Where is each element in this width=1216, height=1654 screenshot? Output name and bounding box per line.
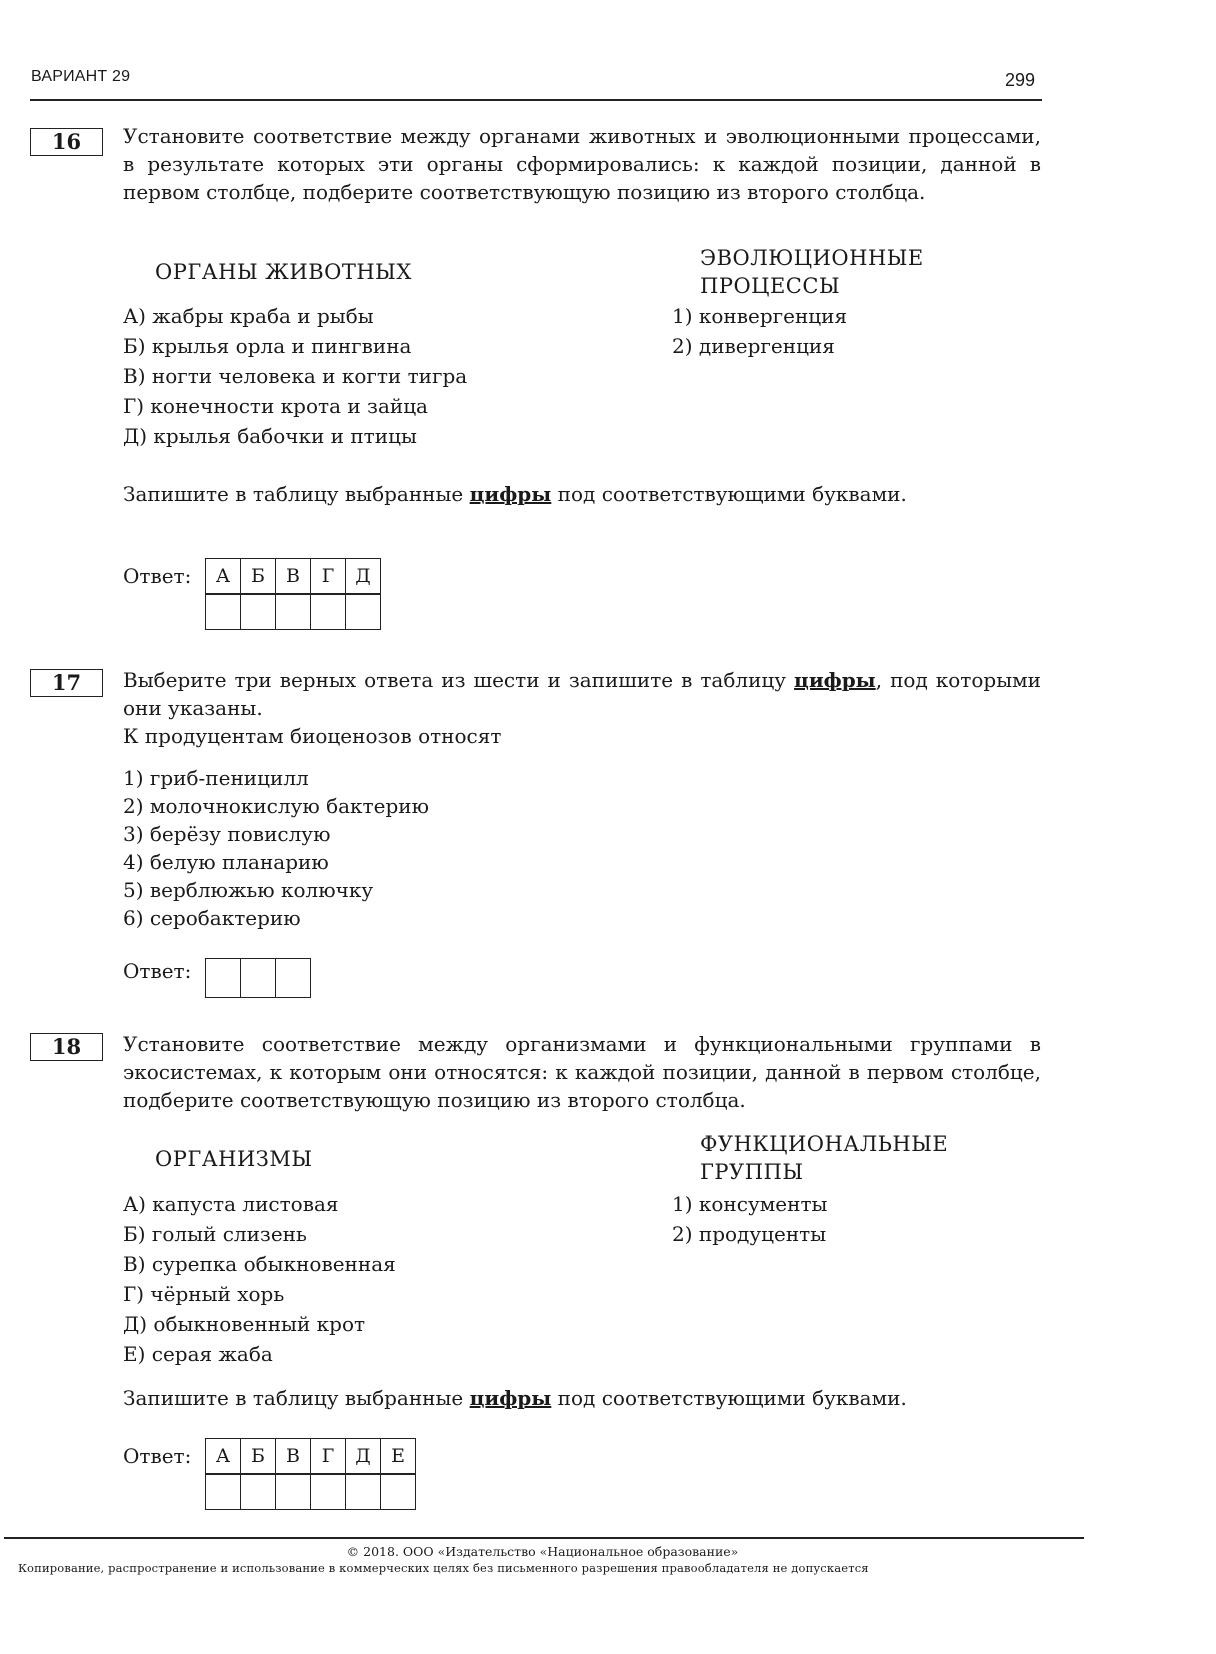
left-item: В) ногти человека и когти тигра: [123, 362, 467, 390]
answer-label: Ответ:: [123, 562, 191, 590]
footer-divider: [4, 1537, 1084, 1539]
task-number-badge: 16: [30, 128, 103, 156]
copyright-notice: Копирование, распространение и использов…: [18, 1561, 1068, 1575]
column-letter: Г: [311, 559, 346, 595]
right-column-heading: ЭВОЛЮЦИОННЫЕ: [700, 244, 924, 272]
left-item: Д) крылья бабочки и птицы: [123, 422, 417, 450]
task-text: Выберите три верных ответа из шести и за…: [123, 666, 1041, 722]
task-text: Установите соответствие между организмам…: [123, 1030, 1041, 1114]
answer-cell[interactable]: [311, 594, 346, 630]
column-letter: А: [206, 1439, 241, 1475]
emphasis: цифры: [470, 1386, 552, 1410]
left-item: Г) конечности крота и зайца: [123, 392, 428, 420]
right-item: 1) консументы: [672, 1190, 827, 1218]
answer-cell[interactable]: [276, 594, 311, 630]
left-item: Д) обыкновенный крот: [123, 1310, 365, 1338]
column-letter: В: [276, 1439, 311, 1475]
left-item: В) сурепка обыкновенная: [123, 1250, 396, 1278]
right-column-heading-cont: ГРУППЫ: [700, 1158, 804, 1186]
task-text: Установите соответствие между органами ж…: [123, 122, 1041, 206]
right-item: 1) конвергенция: [672, 302, 847, 330]
left-item: Б) голый слизень: [123, 1220, 307, 1248]
answer-label: Ответ:: [123, 957, 191, 985]
answer-cell[interactable]: [346, 1474, 381, 1510]
column-letter: Б: [241, 559, 276, 595]
column-letter: Г: [311, 1439, 346, 1475]
option-item: 6) серобактерию: [123, 904, 301, 932]
emphasis: цифры: [470, 482, 552, 506]
option-item: 4) белую планарию: [123, 848, 329, 876]
answer-cell[interactable]: [206, 959, 241, 998]
column-letter: В: [276, 559, 311, 595]
answer-cell[interactable]: [311, 1474, 346, 1510]
left-item: Б) крылья орла и пингвина: [123, 332, 411, 360]
answer-cell[interactable]: [206, 1474, 241, 1510]
answer-cell[interactable]: [241, 959, 276, 998]
option-item: 5) верблюжью колючку: [123, 876, 373, 904]
task-number-badge: 18: [30, 1033, 103, 1061]
option-item: 3) берёзу повислую: [123, 820, 330, 848]
copyright: © 2018. ООО «Издательство «Национальное …: [0, 1544, 1085, 1559]
right-item: 2) дивергенция: [672, 332, 835, 360]
answer-cell[interactable]: [276, 1474, 311, 1510]
answer-table: [205, 958, 311, 998]
left-column-heading: ОРГАНЫ ЖИВОТНЫХ: [155, 258, 412, 286]
option-item: 1) гриб-пеницилл: [123, 764, 309, 792]
column-letter: Б: [241, 1439, 276, 1475]
instruction: Запишите в таблицу выбранные цифры под с…: [123, 1384, 907, 1412]
column-letter: Е: [381, 1439, 416, 1475]
left-column-heading: ОРГАНИЗМЫ: [155, 1145, 313, 1173]
answer-cell[interactable]: [241, 1474, 276, 1510]
answer-label: Ответ:: [123, 1442, 191, 1470]
column-letter: Д: [346, 559, 381, 595]
right-column-heading-cont: ПРОЦЕССЫ: [700, 272, 840, 300]
header-divider: [30, 99, 1042, 101]
left-item: Е) серая жаба: [123, 1340, 273, 1368]
column-letter: Д: [346, 1439, 381, 1475]
answer-cell[interactable]: [381, 1474, 416, 1510]
answer-cell[interactable]: [276, 959, 311, 998]
instruction: Запишите в таблицу выбранные цифры под с…: [123, 480, 907, 508]
left-item: А) жабры краба и рыбы: [123, 302, 374, 330]
left-item: А) капуста листовая: [123, 1190, 339, 1218]
left-item: Г) чёрный хорь: [123, 1280, 284, 1308]
answer-table: А Б В Г Д Е: [205, 1438, 416, 1510]
right-column-heading: ФУНКЦИОНАЛЬНЫЕ: [700, 1130, 948, 1158]
option-item: 2) молочнокислую бактерию: [123, 792, 429, 820]
variant-title: ВАРИАНТ 29: [31, 68, 130, 86]
answer-cell[interactable]: [346, 594, 381, 630]
answer-cell[interactable]: [241, 594, 276, 630]
task-number-badge: 17: [30, 669, 103, 697]
page-number: 299: [1005, 70, 1035, 91]
answer-cell[interactable]: [206, 594, 241, 630]
emphasis: цифры: [794, 668, 876, 692]
answer-table: А Б В Г Д: [205, 558, 381, 630]
column-letter: А: [206, 559, 241, 595]
task-prompt: К продуцентам биоценозов относят: [123, 722, 501, 750]
right-item: 2) продуценты: [672, 1220, 826, 1248]
